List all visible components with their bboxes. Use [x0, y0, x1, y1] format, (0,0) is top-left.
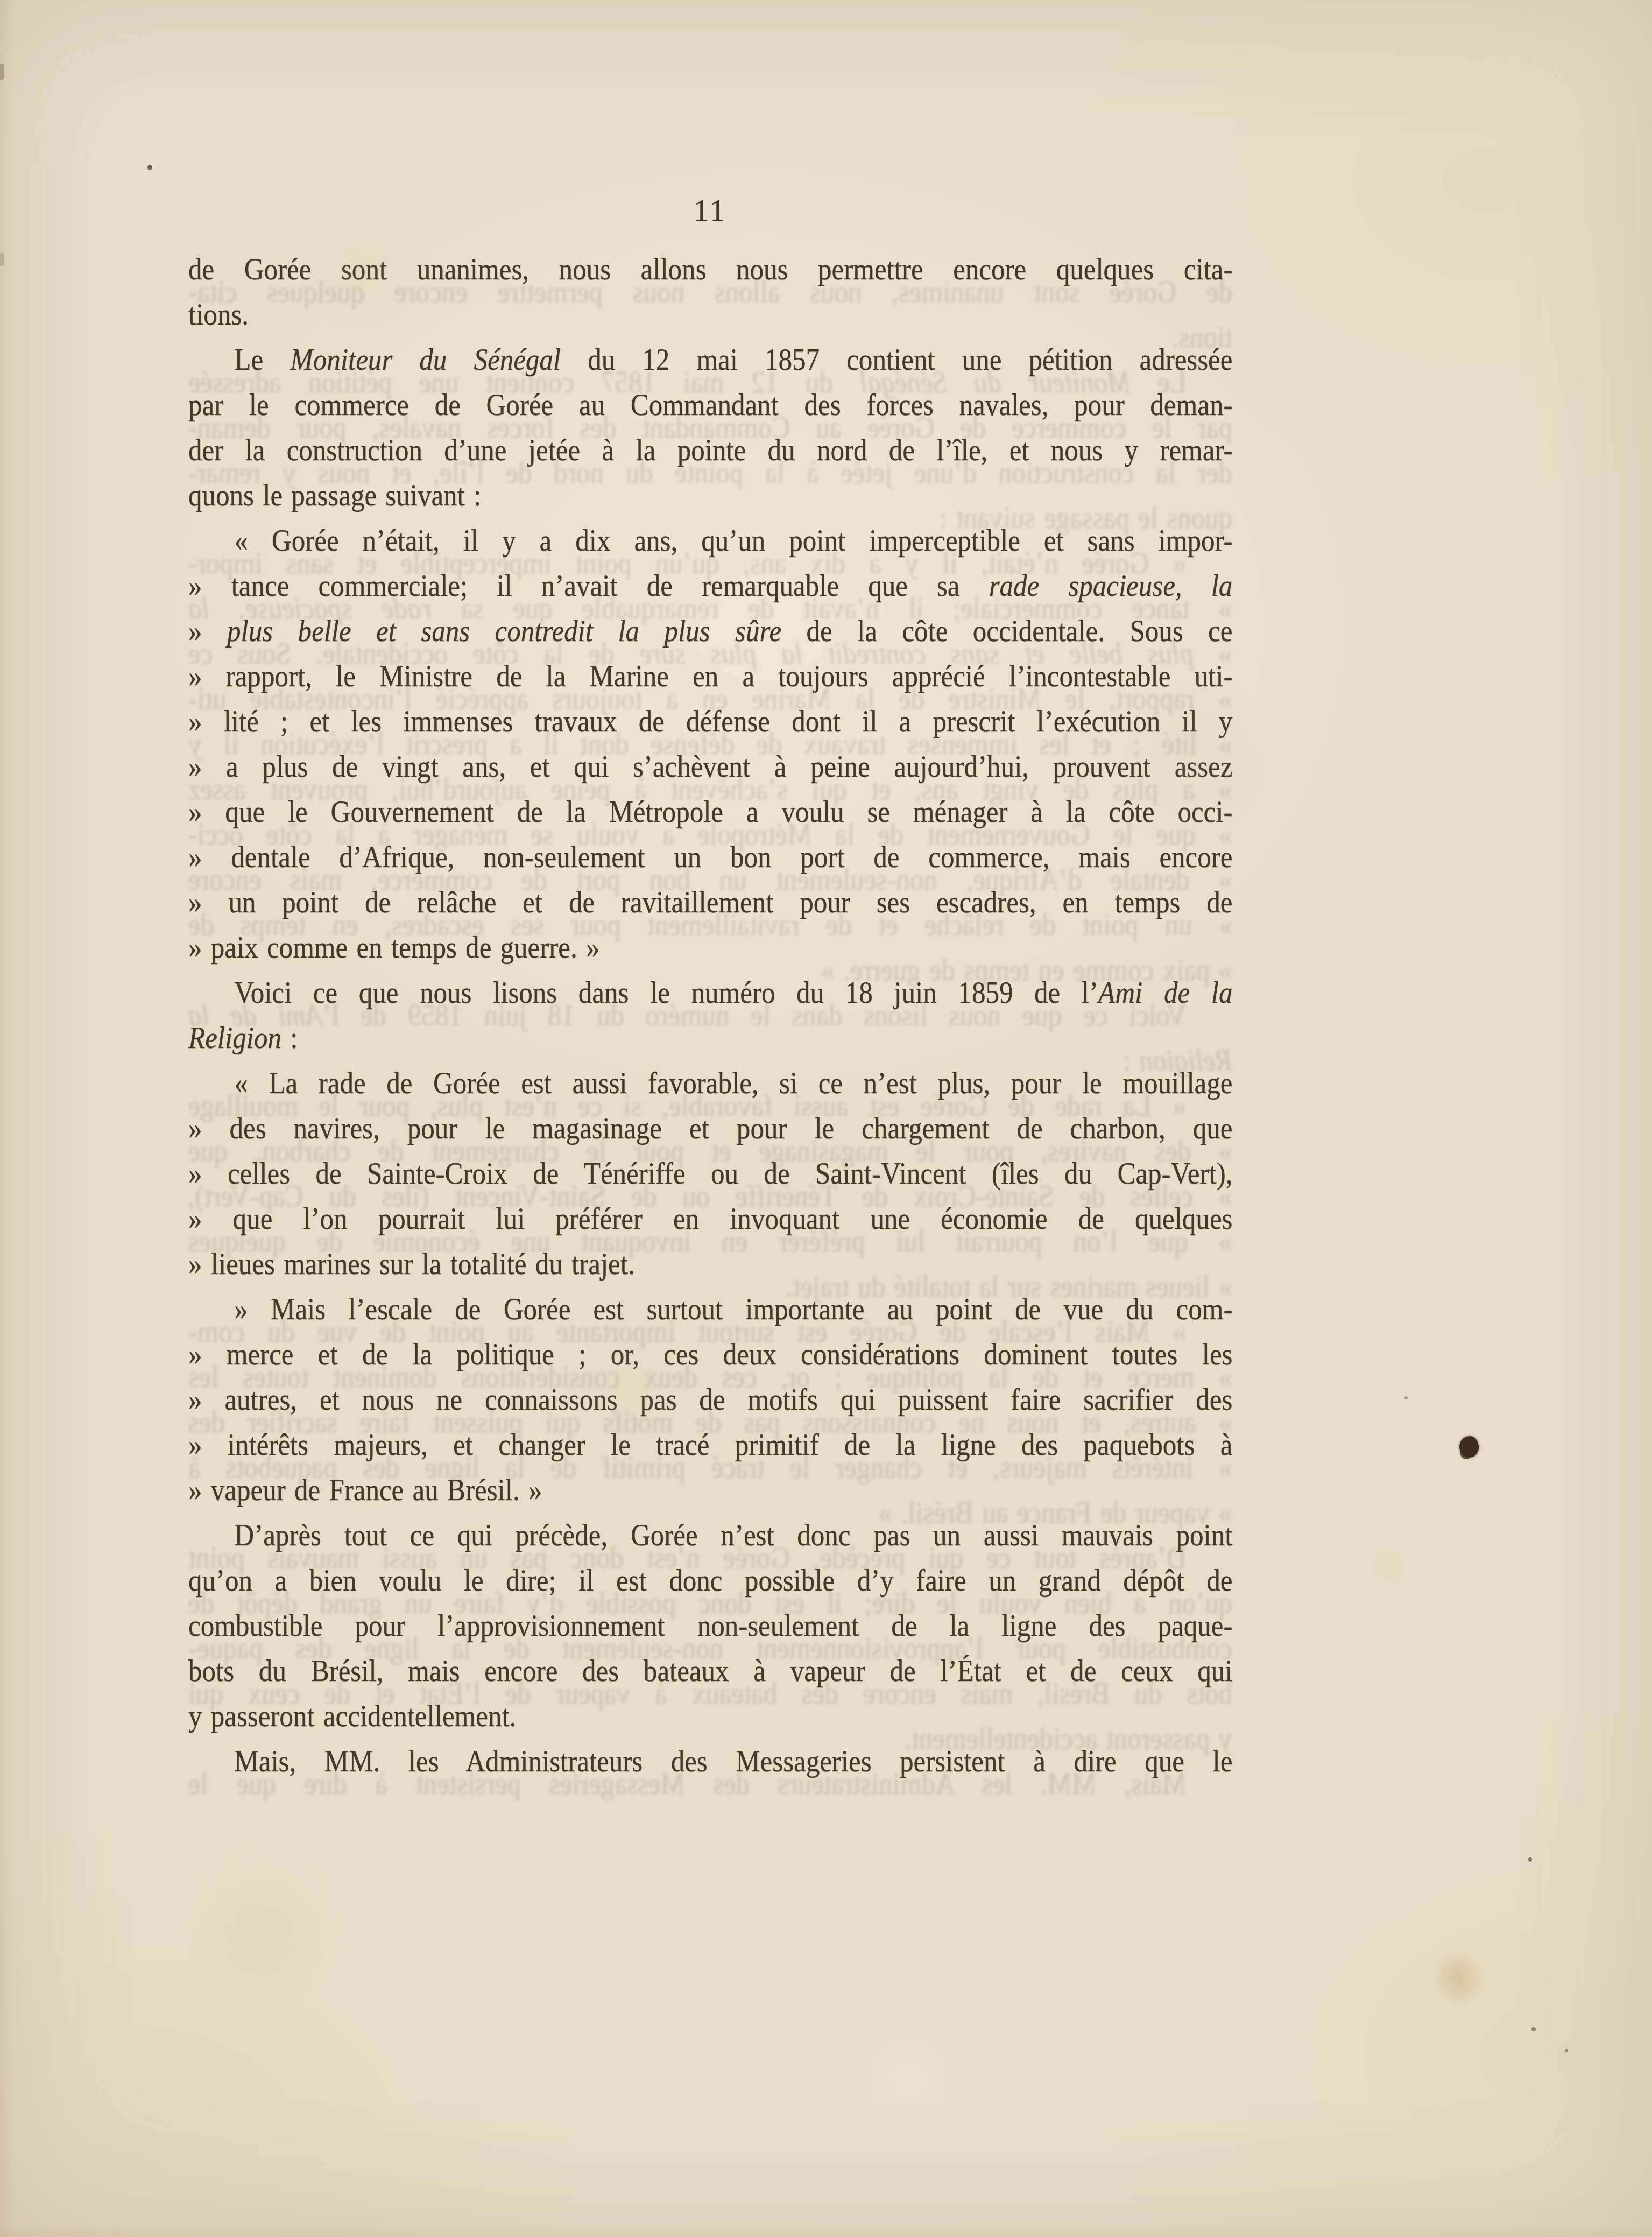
text-segment: » paix comme en temps de guerre. »	[188, 930, 599, 965]
text-line: combustible pour l’approvisionnement non…	[188, 1603, 1232, 1648]
scanned-book-page: de Gorée sont unanimes, nous allons nous…	[0, 0, 1652, 2237]
text-line: » lité ; et les immenses travaux de défe…	[188, 699, 1232, 744]
text-segment: quons le passage suivant :	[188, 477, 481, 512]
text-line: tions.	[188, 292, 1232, 337]
text-line: » plus belle et sans contredit la plus s…	[188, 608, 1232, 653]
paper-speck	[147, 165, 152, 170]
text-line: » Mais l’escale de Gorée est surtout imp…	[188, 1286, 1232, 1332]
text-segment: »	[188, 613, 227, 648]
text-segment: y passeront accidentellement.	[188, 1698, 516, 1733]
text-segment: » lieues marines sur la totalité du traj…	[188, 1246, 635, 1281]
text-line: der la construction d’une jetée à la poi…	[188, 427, 1232, 473]
italic-text-segment: Religion	[188, 1020, 281, 1055]
text-segment: « La rade de Gorée est aussi favorable, …	[234, 1065, 1232, 1100]
text-line: » tance commerciale; il n’avait de remar…	[188, 563, 1232, 608]
text-segment: » intérêts majeurs, et changer le tracé …	[188, 1427, 1232, 1462]
text-line: bots du Brésil, mais encore des bateaux …	[188, 1648, 1232, 1693]
text-line: « Gorée n’était, il y a dix ans, qu’un p…	[188, 518, 1232, 563]
text-line: » autres, et nous ne connaissons pas de …	[188, 1377, 1232, 1422]
text-segment: Voici ce que nous lisons dans le numéro …	[234, 975, 1098, 1010]
text-line: » vapeur de France au Brésil. »	[188, 1467, 1232, 1513]
text-line: quons le passage suivant :	[188, 473, 1232, 518]
text-segment: qu’on a bien voulu le dire; il est donc …	[188, 1563, 1232, 1598]
page-number: 11	[188, 194, 1232, 228]
text-segment: » que l’on pourrait lui préférer en invo…	[188, 1201, 1232, 1236]
text-segment: » Mais l’escale de Gorée est surtout imp…	[234, 1291, 1232, 1326]
paper-speck	[1404, 1396, 1408, 1399]
text-segment: « Gorée n’était, il y a dix ans, qu’un p…	[234, 523, 1232, 558]
text-segment: » celles de Sainte-Croix de Ténériffe ou…	[188, 1156, 1232, 1191]
text-segment: bots du Brésil, mais encore des bateaux …	[188, 1653, 1232, 1688]
text-line: » que le Gouvernement de la Métropole a …	[188, 789, 1232, 834]
foxing-stain	[1426, 1943, 1491, 2013]
text-segment: » des navires, pour le magasinage et pou…	[188, 1110, 1232, 1145]
text-line: » des navires, pour le magasinage et pou…	[188, 1106, 1232, 1151]
text-segment: de Gorée sont unanimes, nous allons nous…	[188, 251, 1232, 286]
text-segment: de la côte occidentale. Sous ce	[781, 613, 1232, 648]
ink-spot	[1459, 1436, 1479, 1458]
text-segment: par le commerce de Gorée au Commandant d…	[188, 387, 1232, 422]
text-segment: » rapport, le Ministre de la Marine en a…	[188, 658, 1232, 693]
text-segment: » que le Gouvernement de la Métropole a …	[188, 794, 1232, 829]
text-segment: du 12 mai 1857 contient une pétition adr…	[561, 342, 1232, 377]
text-line: y passeront accidentellement.	[188, 1693, 1232, 1739]
text-line: » un point de relâche et de ravitailleme…	[188, 880, 1232, 925]
text-line: Le Moniteur du Sénégal du 12 mai 1857 co…	[188, 337, 1232, 382]
text-segment: combustible pour l’approvisionnement non…	[188, 1608, 1232, 1643]
text-line: » dentale d’Afrique, non-seulement un bo…	[188, 834, 1232, 880]
text-line: D’après tout ce qui précède, Gorée n’est…	[188, 1513, 1232, 1558]
text-segment: » merce et de la politique ; or, ces deu…	[188, 1336, 1232, 1371]
text-line: « La rade de Gorée est aussi favorable, …	[188, 1060, 1232, 1106]
text-line: qu’on a bien voulu le dire; il est donc …	[188, 1558, 1232, 1603]
italic-text-segment: plus belle et sans contredit la plus sûr…	[227, 613, 781, 648]
text-line: » merce et de la politique ; or, ces deu…	[188, 1332, 1232, 1377]
scan-edge-artifact	[0, 253, 4, 266]
text-line: Mais, MM. les Administrateurs des Messag…	[188, 1739, 1232, 1784]
text-line: Voici ce que nous lisons dans le numéro …	[188, 970, 1232, 1015]
text-segment: tions.	[188, 297, 249, 332]
paper-speck	[1531, 2027, 1536, 2031]
text-line: » que l’on pourrait lui préférer en invo…	[188, 1196, 1232, 1241]
text-line: » celles de Sainte-Croix de Ténériffe ou…	[188, 1151, 1232, 1196]
text-line: par le commerce de Gorée au Commandant d…	[188, 382, 1232, 427]
text-segment: » vapeur de France au Brésil. »	[188, 1472, 542, 1507]
text-segment: » a plus de vingt ans, et qui s’achèvent…	[188, 749, 1232, 784]
scan-edge-artifact	[0, 64, 4, 80]
text-line: » lieues marines sur la totalité du traj…	[188, 1241, 1232, 1286]
text-line: » a plus de vingt ans, et qui s’achèvent…	[188, 744, 1232, 789]
text-segment: » tance commerciale; il n’avait de remar…	[188, 568, 989, 603]
text-segment: » dentale d’Afrique, non-seulement un bo…	[188, 839, 1232, 874]
text-line: » intérêts majeurs, et changer le tracé …	[188, 1422, 1232, 1467]
text-line: » paix comme en temps de guerre. »	[188, 925, 1232, 970]
text-block: de Gorée sont unanimes, nous allons nous…	[188, 247, 1232, 1784]
text-segment: » lité ; et les immenses travaux de défe…	[188, 704, 1232, 738]
paper-speck	[1565, 2049, 1568, 2052]
paper-speck	[1528, 1857, 1532, 1862]
text-segment: Le	[234, 342, 290, 377]
italic-text-segment: Moniteur du Sénégal	[290, 342, 561, 377]
text-segment: » autres, et nous ne connaissons pas de …	[188, 1382, 1232, 1417]
italic-text-segment: rade spacieuse, la	[989, 568, 1233, 603]
text-segment: der la construction d’une jetée à la poi…	[188, 432, 1232, 467]
text-line: de Gorée sont unanimes, nous allons nous…	[188, 247, 1232, 292]
text-segment: :	[281, 1020, 298, 1055]
text-segment: » un point de relâche et de ravitailleme…	[188, 884, 1232, 919]
text-line: » rapport, le Ministre de la Marine en a…	[188, 653, 1232, 699]
text-line: Religion :	[188, 1015, 1232, 1060]
text-segment: D’après tout ce qui précède, Gorée n’est…	[234, 1517, 1232, 1552]
text-segment: Mais, MM. les Administrateurs des Messag…	[234, 1743, 1232, 1778]
italic-text-segment: Ami de la	[1098, 975, 1232, 1010]
